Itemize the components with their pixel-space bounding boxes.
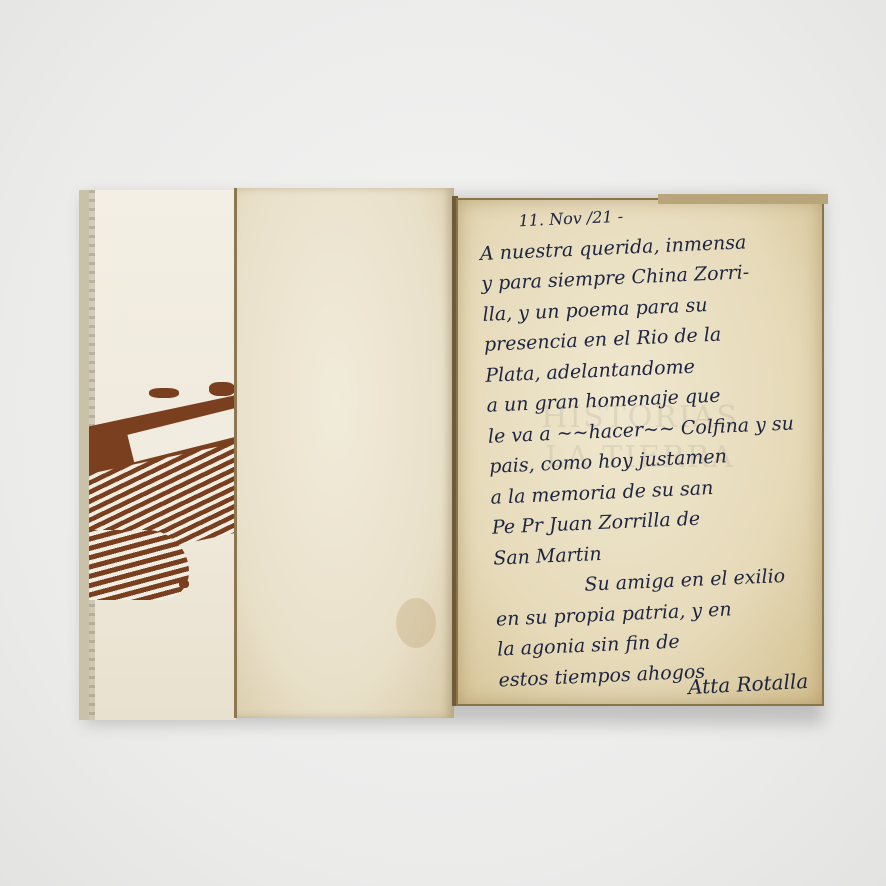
cover-art-splatter <box>179 580 189 588</box>
inscribed-flyleaf-page: HISTORIAS LA TIERRA 11. Nov /21 - A nues… <box>456 198 824 706</box>
illustrated-cover-flap <box>79 190 236 720</box>
blank-flyleaf-page <box>234 188 454 718</box>
page-stain <box>396 598 436 648</box>
cover-art-splatter <box>149 388 179 398</box>
cover-art-splatter <box>209 382 235 396</box>
cover-illustration <box>89 380 236 610</box>
book-photo-scene: HISTORIAS LA TIERRA 11. Nov /21 - A nues… <box>0 0 886 886</box>
inscription-signature: Atta Rotalla <box>687 669 808 699</box>
cover-art-stripes-lower <box>79 530 189 600</box>
handwritten-inscription: 11. Nov /21 - A nuestra querida, inmensa… <box>478 193 839 695</box>
